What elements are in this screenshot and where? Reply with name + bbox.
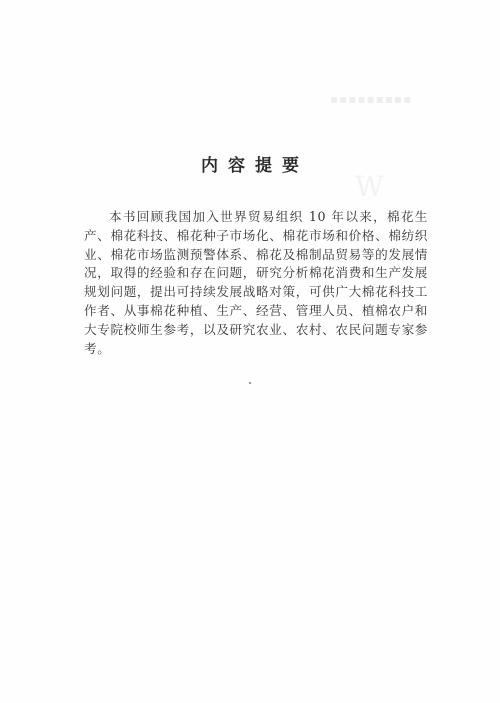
scan-speck: [249, 382, 251, 384]
summary-paragraph: 本书回顾我国加入世界贸易组织 10 年以来，棉花生产、棉花科技、棉花种子市场化、…: [84, 208, 428, 358]
document-page: ▪▪▪▪▪▪▪▪▪ W 内容提要 本书回顾我国加入世界贸易组织 10 年以来，棉…: [0, 0, 500, 703]
bleed-through-text: ▪▪▪▪▪▪▪▪▪: [330, 92, 412, 106]
page-title: 内容提要: [0, 151, 500, 176]
